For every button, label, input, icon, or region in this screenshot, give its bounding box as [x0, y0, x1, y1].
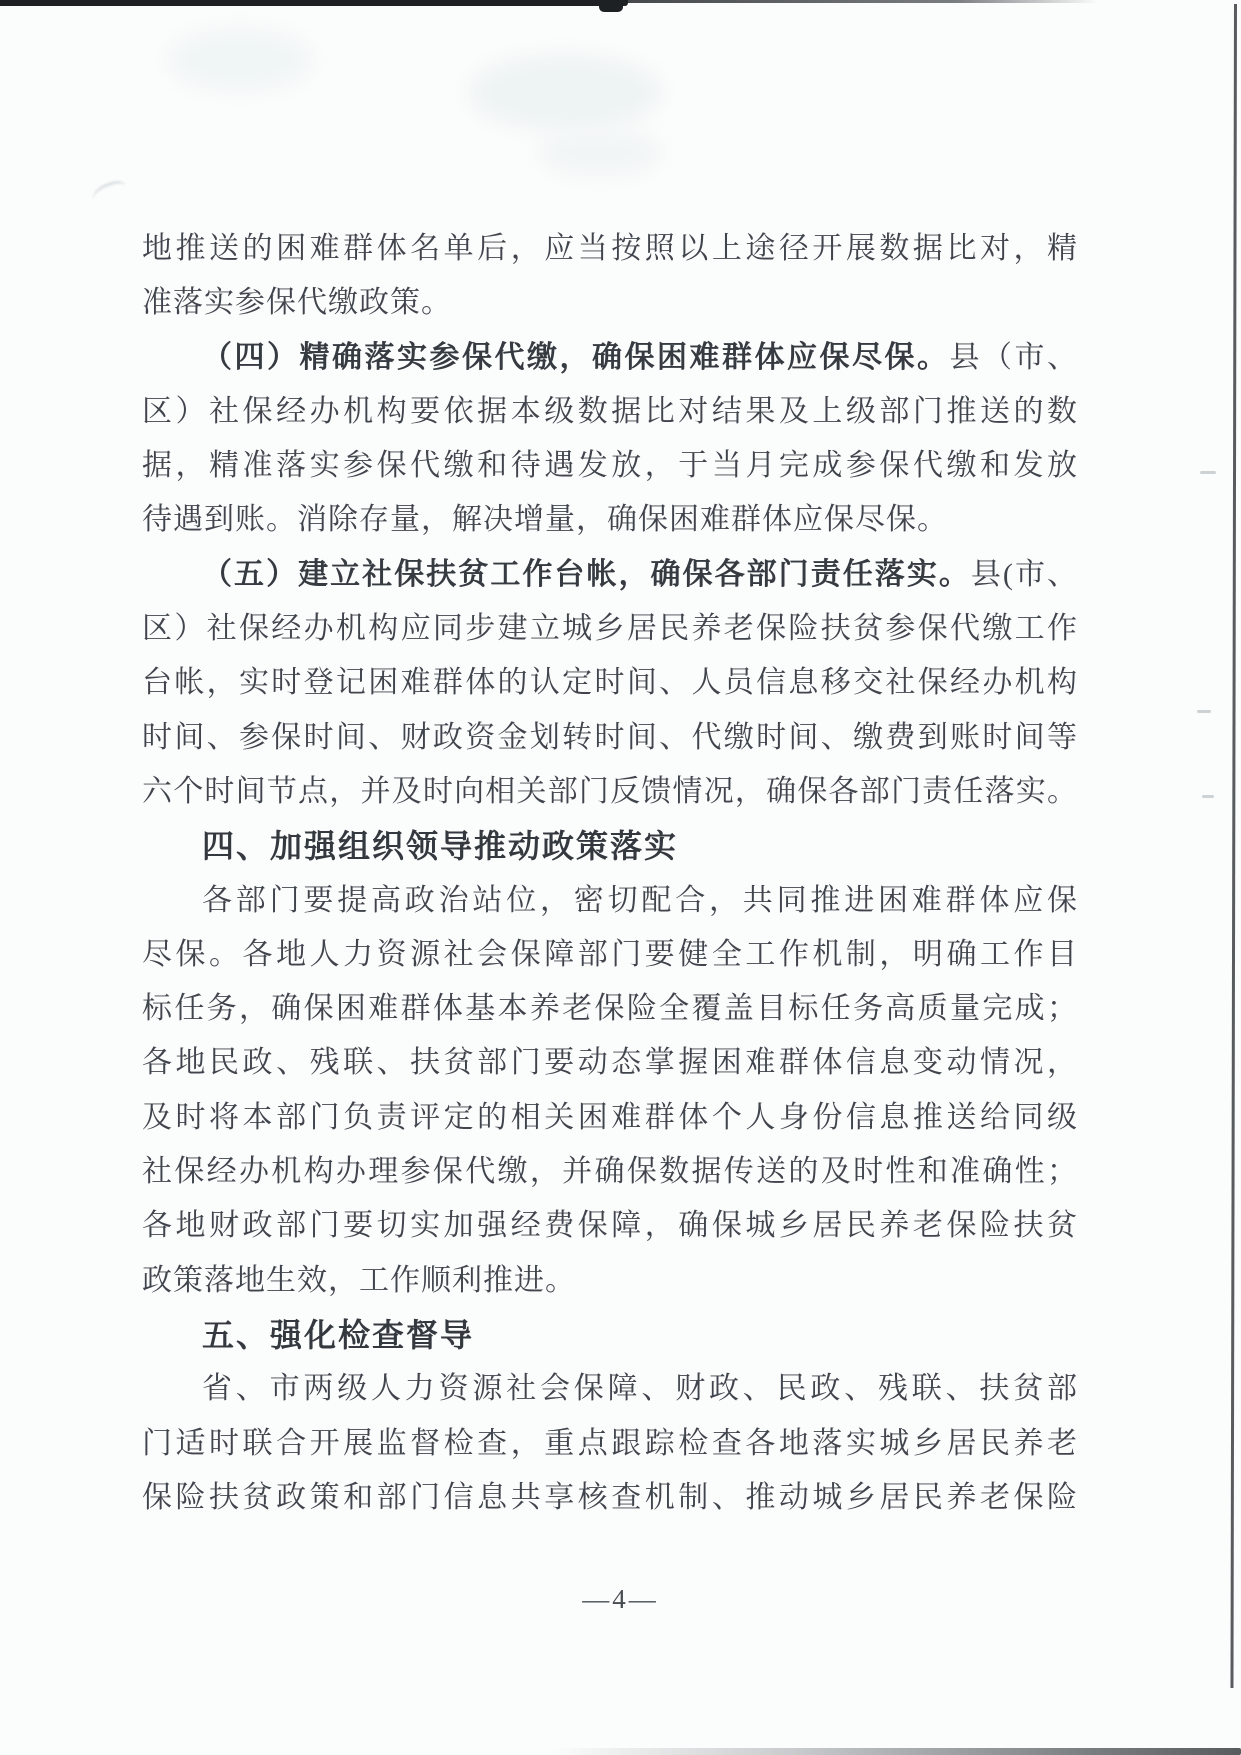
- line-text: 标任务，确保困难群体基本养老保险全覆盖目标任务高质量完成；: [142, 992, 1078, 1025]
- section-heading: 五、强化检查督导: [142, 1308, 1078, 1362]
- text-line: 六个时间节点，并及时向相关部门反馈情况，确保各部门责任落实。: [142, 765, 1078, 819]
- scan-edge-notch: [599, 4, 623, 12]
- text-line: （五）建立社保扶贫工作台帐，确保各部门责任落实。县(市、: [142, 548, 1078, 602]
- text-line: 各部门要提高政治站位，密切配合，共同推进困难群体应保: [142, 874, 1078, 928]
- text-line: （四）精确落实参保代缴，确保困难群体应保尽保。县（市、: [142, 331, 1078, 385]
- text-line: 地推送的困难群体名单后，应当按照以上途径开展数据比对，精: [142, 222, 1078, 276]
- heading-text: 四、加强组织领导推动政策落实: [202, 828, 678, 864]
- line-text: 及时将本部门负责评定的相关困难群体个人身份信息推送给同级: [142, 1101, 1078, 1134]
- text-line: 标任务，确保困难群体基本养老保险全覆盖目标任务高质量完成；: [142, 982, 1078, 1036]
- margin-dash: [1202, 795, 1214, 798]
- text-line: 区）社保经办机构要依据本级数据比对结果及上级部门推送的数: [142, 385, 1078, 439]
- text-line: 及时将本部门负责评定的相关困难群体个人身份信息推送给同级: [142, 1091, 1078, 1145]
- line-text: 区）社保经办机构应同步建立城乡居民养老保险扶贫参保代缴工作: [142, 612, 1078, 645]
- text-line: 准落实参保代缴政策。: [142, 276, 1078, 330]
- line-bold-text: （四）精确落实参保代缴，确保困难群体应保尽保。: [202, 341, 950, 374]
- line-text: 政策落地生效，工作顺利推进。: [142, 1264, 576, 1297]
- scan-edge-right-line: [1230, 4, 1237, 1688]
- page-number: —4—: [0, 1584, 1241, 1615]
- line-text: 台帐，实时登记困难群体的认定时间、人员信息移交社保经办机构: [142, 666, 1078, 699]
- text-line: 社保经办机构办理参保代缴，并确保数据传送的及时性和准确性；: [142, 1145, 1078, 1199]
- text-line: 尽保。各地人力资源社会保障部门要健全工作机制，明确工作目: [142, 928, 1078, 982]
- paper-smudge: [540, 130, 660, 175]
- line-text: 各部门要提高政治站位，密切配合，共同推进困难群体应保: [202, 884, 1078, 917]
- section-heading: 四、加强组织领导推动政策落实: [142, 819, 1078, 873]
- line-text: 县(市、: [971, 558, 1078, 591]
- bottom-scan-streak: [553, 1748, 1241, 1755]
- margin-dash: [1197, 710, 1211, 713]
- heading-text: 五、强化检查督导: [202, 1317, 474, 1353]
- line-text: 六个时间节点，并及时向相关部门反馈情况，确保各部门责任落实。: [142, 775, 1078, 808]
- text-line: 时间、参保时间、财政资金划转时间、代缴时间、缴费到账时间等: [142, 711, 1078, 765]
- line-text: 待遇到账。消除存量，解决增量，确保困难群体应保尽保。: [142, 503, 948, 536]
- text-line: 门适时联合开展监督检查，重点跟踪检查各地落实城乡居民养老: [142, 1417, 1078, 1471]
- text-line: 各地财政部门要切实加强经费保障，确保城乡居民养老保险扶贫: [142, 1199, 1078, 1253]
- text-line: 待遇到账。消除存量，解决增量，确保困难群体应保尽保。: [142, 493, 1078, 547]
- line-text: 保险扶贫政策和部门信息共享核查机制、推动城乡居民养老保险: [142, 1481, 1078, 1514]
- text-line: 政策落地生效，工作顺利推进。: [142, 1254, 1078, 1308]
- text-line: 台帐，实时登记困难群体的认定时间、人员信息移交社保经办机构: [142, 656, 1078, 710]
- pencil-mark: [89, 178, 130, 211]
- line-text: 准落实参保代缴政策。: [142, 286, 452, 319]
- scan-edge-top-left: [0, 0, 628, 6]
- line-text: 据，精准落实参保代缴和待遇发放，于当月完成参保代缴和发放: [142, 449, 1078, 482]
- paper-smudge: [170, 30, 310, 90]
- line-text: 各地财政部门要切实加强经费保障，确保城乡居民养老保险扶贫: [142, 1209, 1078, 1242]
- line-text: 时间、参保时间、财政资金划转时间、代缴时间、缴费到账时间等: [142, 721, 1078, 754]
- text-line: 各地民政、残联、扶贫部门要动态掌握困难群体信息变动情况，: [142, 1036, 1078, 1090]
- scan-edge-top-right: [628, 0, 1098, 3]
- line-text: 区）社保经办机构要依据本级数据比对结果及上级部门推送的数: [142, 395, 1078, 428]
- scanned-document-page: 地推送的困难群体名单后，应当按照以上途径开展数据比对，精 准落实参保代缴政策。 …: [0, 0, 1241, 1755]
- line-bold-text: （五）建立社保扶贫工作台帐，确保各部门责任落实。: [202, 558, 971, 591]
- line-text: 各地民政、残联、扶贫部门要动态掌握困难群体信息变动情况，: [142, 1046, 1078, 1079]
- text-line: 保险扶贫政策和部门信息共享核查机制、推动城乡居民养老保险: [142, 1471, 1078, 1525]
- line-text: 省、市两级人力资源社会保障、财政、民政、残联、扶贫部: [202, 1372, 1078, 1405]
- paper-smudge: [470, 55, 660, 130]
- margin-dash: [1200, 471, 1216, 474]
- text-line: 区）社保经办机构应同步建立城乡居民养老保险扶贫参保代缴工作: [142, 602, 1078, 656]
- document-text-block: 地推送的困难群体名单后，应当按照以上途径开展数据比对，精 准落实参保代缴政策。 …: [142, 222, 1078, 1525]
- line-text: 地推送的困难群体名单后，应当按照以上途径开展数据比对，精: [142, 232, 1078, 265]
- line-text: 县（市、: [950, 341, 1079, 374]
- line-text: 门适时联合开展监督检查，重点跟踪检查各地落实城乡居民养老: [142, 1427, 1078, 1460]
- text-line: 省、市两级人力资源社会保障、财政、民政、残联、扶贫部: [142, 1362, 1078, 1416]
- line-text: 社保经办机构办理参保代缴，并确保数据传送的及时性和准确性；: [142, 1155, 1078, 1188]
- line-text: 尽保。各地人力资源社会保障部门要健全工作机制，明确工作目: [142, 938, 1078, 971]
- text-line: 据，精准落实参保代缴和待遇发放，于当月完成参保代缴和发放: [142, 439, 1078, 493]
